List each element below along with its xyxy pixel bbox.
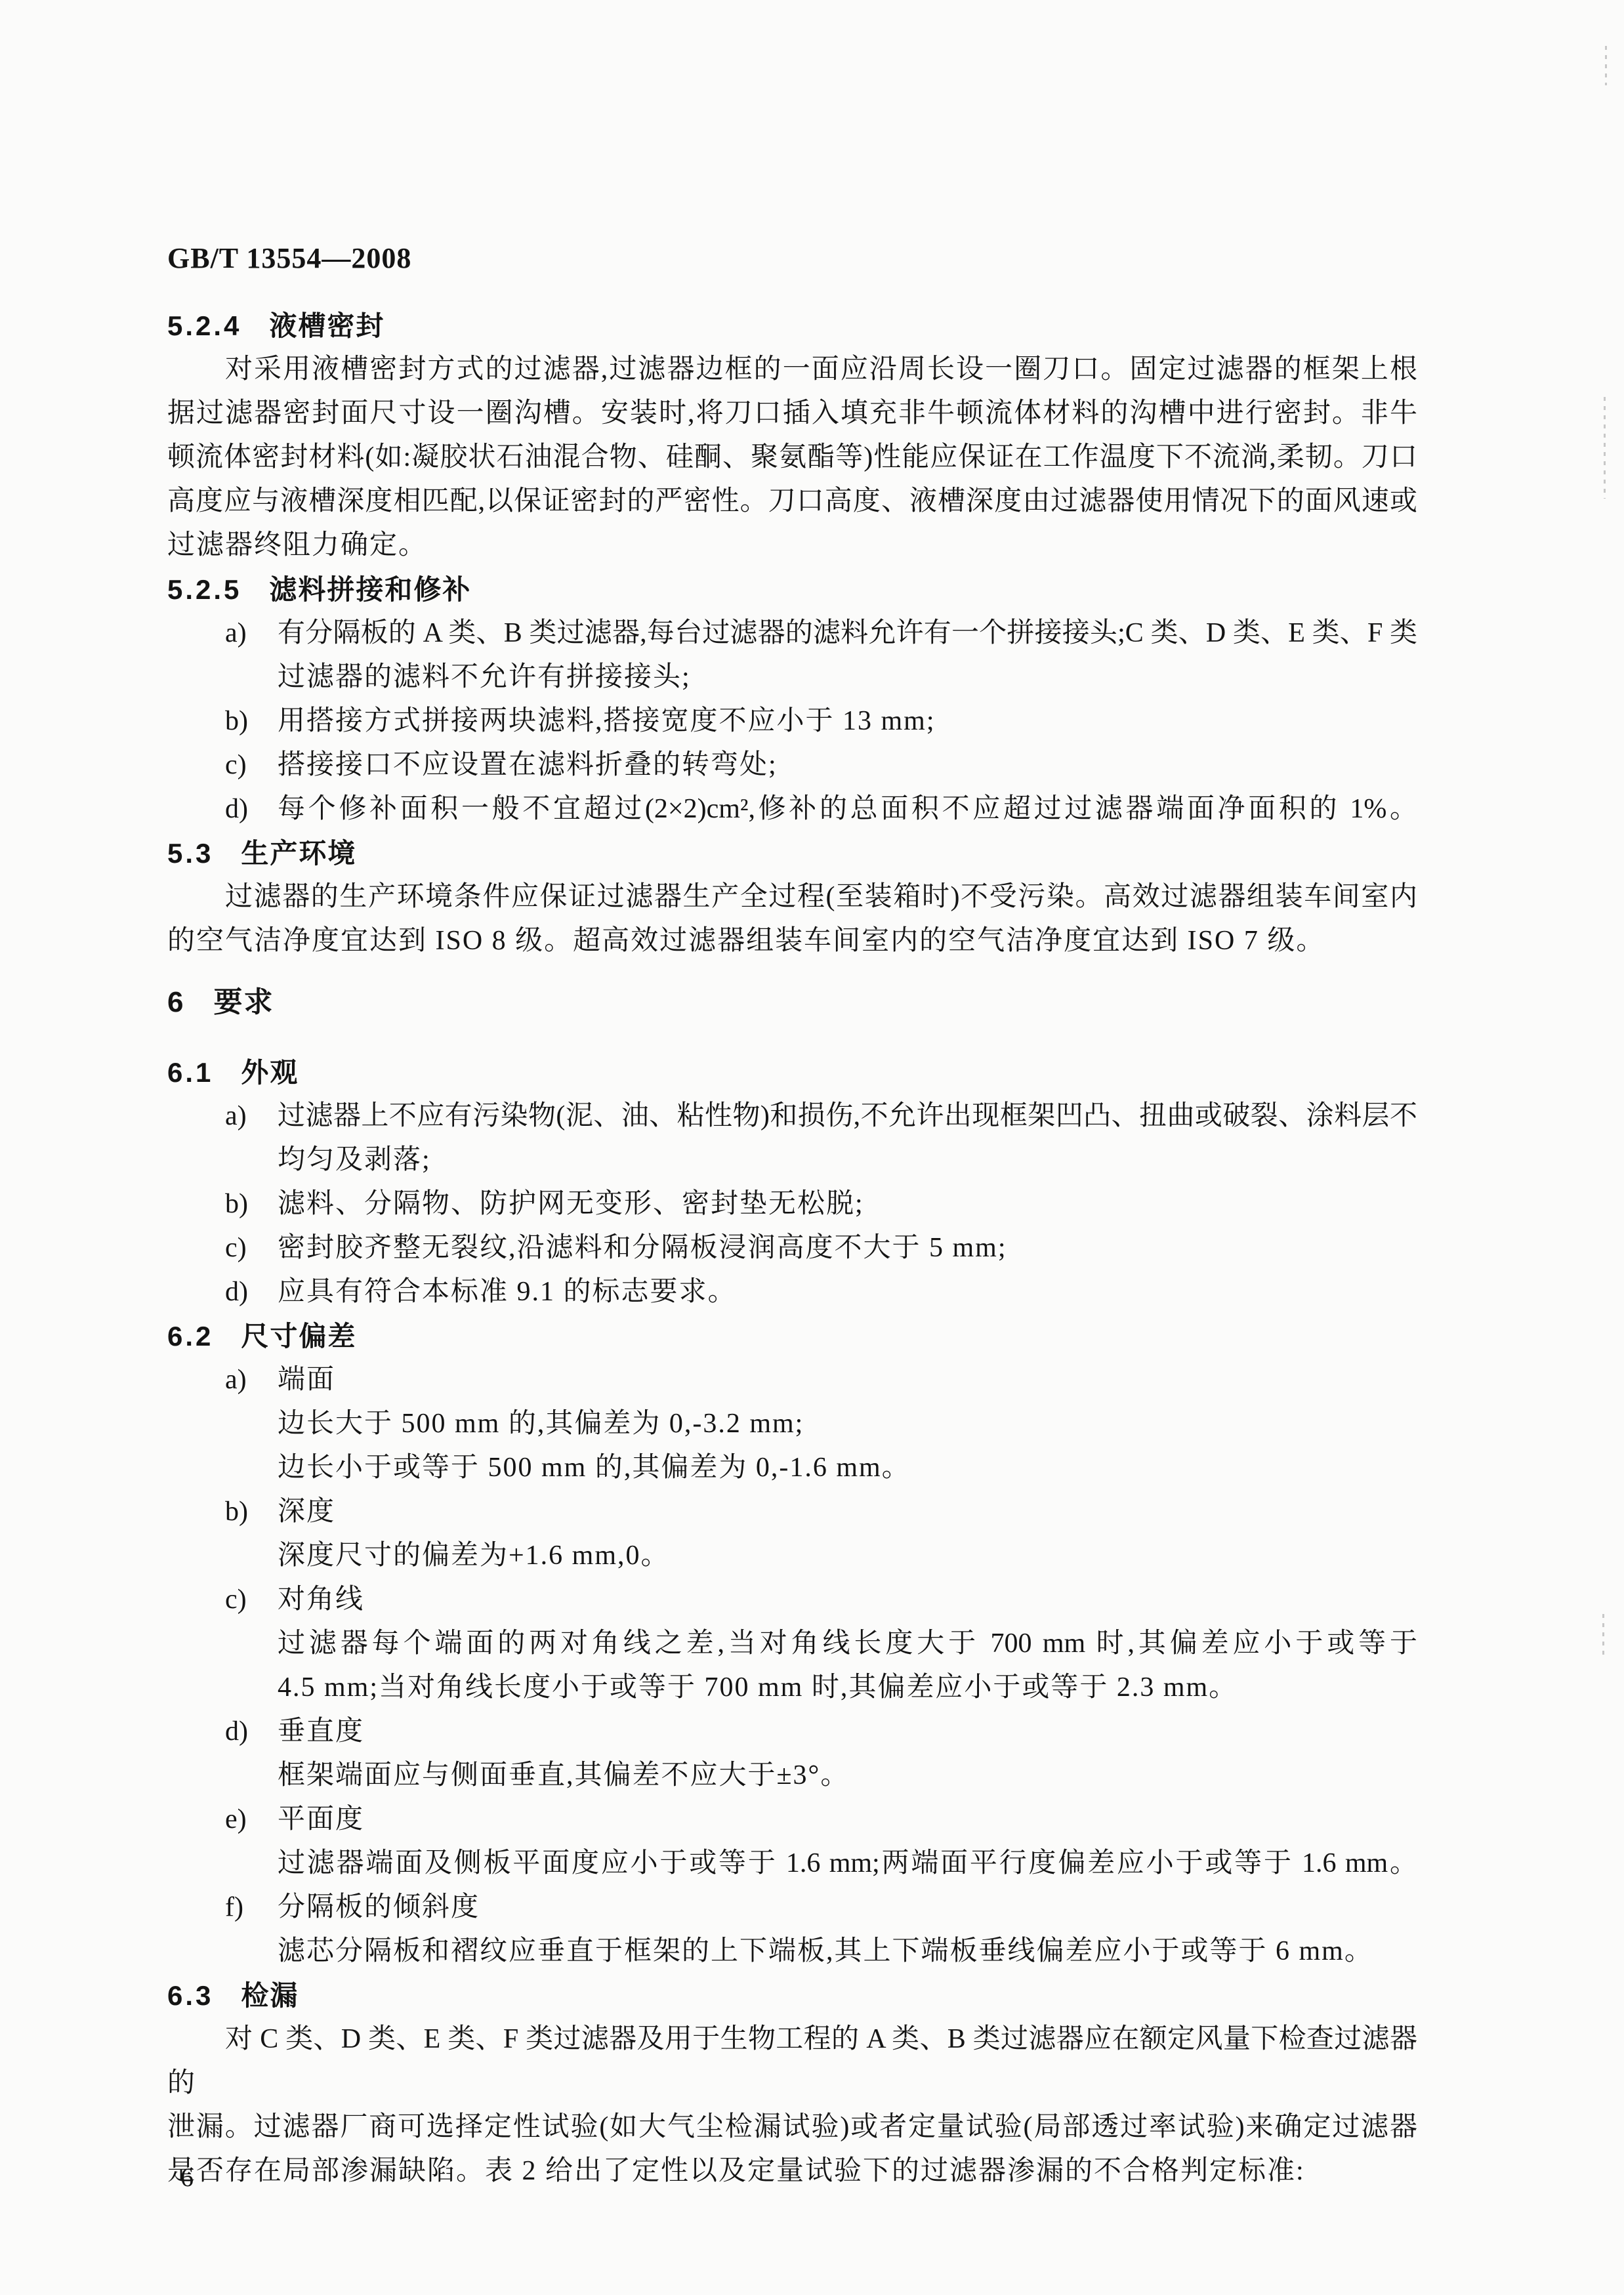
section-title: 生产环境 bbox=[241, 838, 356, 869]
list-item-text: 每个修补面积一般不宜超过(2×2)cm²,修补的总面积不应超过过滤器端面净面积的… bbox=[278, 787, 1417, 831]
list-item-label: c) bbox=[225, 743, 278, 787]
list-item: d) 应具有符合本标准 9.1 的标志要求。 bbox=[167, 1270, 1417, 1314]
paragraph-line: 泄漏。过滤器厂商可选择定性试验(如大气尘检漏试验)或者定量试验(局部透过率试验)… bbox=[167, 2105, 1417, 2149]
list-item-text: 用搭接方式拼接两块滤料,搭接宽度不应小于 13 mm; bbox=[278, 699, 1417, 743]
list-item-title: 端面 bbox=[278, 1358, 1417, 1402]
section-number: 6.2 bbox=[167, 1314, 213, 1358]
list-item-title: 对角线 bbox=[278, 1578, 1417, 1622]
scan-artifact bbox=[1604, 397, 1606, 499]
list-item-label: b) bbox=[225, 1490, 278, 1534]
section-number: 5.2.4 bbox=[167, 304, 241, 348]
paragraph-line: 过滤器的生产环境条件应保证过滤器生产全过程(至装箱时)不受污染。高效过滤器组装车… bbox=[167, 875, 1417, 919]
section-number: 5.3 bbox=[167, 831, 213, 875]
page-number: 6 bbox=[180, 2162, 194, 2193]
chapter-heading-6: 6要求 bbox=[167, 980, 1417, 1024]
list-item: a) 有分隔板的 A 类、B 类过滤器,每台过滤器的滤料允许有一个拼接接头;C … bbox=[167, 611, 1417, 655]
list-item-continuation: 框架端面应与侧面垂直,其偏差不应大于±3°。 bbox=[167, 1754, 1417, 1798]
section-title: 外观 bbox=[241, 1057, 299, 1088]
list-item-title: 平面度 bbox=[278, 1798, 1417, 1842]
section-heading-6-2: 6.2尺寸偏差 bbox=[167, 1314, 1417, 1358]
scan-artifact bbox=[1605, 46, 1607, 85]
paragraph-line: 对采用液槽密封方式的过滤器,过滤器边框的一面应沿周长设一圈刀口。固定过滤器的框架… bbox=[167, 348, 1417, 392]
list-item: f) 分隔板的倾斜度 bbox=[167, 1886, 1417, 1930]
list-item: c) 密封胶齐整无裂纹,沿滤料和分隔板浸润高度不大于 5 mm; bbox=[167, 1226, 1417, 1270]
list-item-continuation: 过滤器每个端面的两对角线之差,当对角线长度大于 700 mm 时,其偏差应小于或… bbox=[167, 1622, 1417, 1666]
list-item-label: d) bbox=[225, 787, 278, 831]
list-item-continuation: 滤芯分隔板和褶纹应垂直于框架的上下端板,其上下端板垂线偏差应小于或等于 6 mm… bbox=[167, 1930, 1417, 1974]
section-title: 检漏 bbox=[241, 1980, 299, 2011]
list-item: c) 对角线 bbox=[167, 1578, 1417, 1622]
list-item-label: d) bbox=[225, 1270, 278, 1314]
section-number: 6.3 bbox=[167, 1974, 213, 2017]
list-item-continuation: 过滤器的滤料不允许有拼接接头; bbox=[167, 655, 1417, 699]
list-item-label: a) bbox=[225, 1358, 278, 1402]
chapter-title: 要求 bbox=[213, 986, 274, 1018]
list-item-continuation: 边长大于 500 mm 的,其偏差为 0,-3.2 mm; bbox=[167, 1402, 1417, 1446]
list-item-label: e) bbox=[225, 1798, 278, 1842]
section-number: 6.1 bbox=[167, 1050, 213, 1094]
list-item: d) 垂直度 bbox=[167, 1710, 1417, 1754]
list-item-label: a) bbox=[225, 611, 278, 655]
paragraph-line: 对 C 类、D 类、E 类、F 类过滤器及用于生物工程的 A 类、B 类过滤器应… bbox=[167, 2017, 1417, 2105]
document-code-header: GB/T 13554—2008 bbox=[167, 236, 1417, 280]
list-item-continuation: 过滤器端面及侧板平面度应小于或等于 1.6 mm;两端面平行度偏差应小于或等于 … bbox=[167, 1842, 1417, 1886]
paragraph-line: 的空气洁净度宜达到 ISO 8 级。超高效过滤器组装车间室内的空气洁净度宜达到 … bbox=[167, 919, 1417, 963]
list-item-label: b) bbox=[225, 699, 278, 743]
section-heading-6-3: 6.3检漏 bbox=[167, 1974, 1417, 2017]
paragraph-line: 是否存在局部渗漏缺陷。表 2 给出了定性以及定量试验下的过滤器渗漏的不合格判定标… bbox=[167, 2149, 1417, 2193]
list-item-label: f) bbox=[225, 1886, 278, 1930]
paragraph-line: 顿流体密封材料(如:凝胶状石油混合物、硅酮、聚氨酯等)性能应保证在工作温度下不流… bbox=[167, 436, 1417, 480]
list-item-label: c) bbox=[225, 1226, 278, 1270]
list-item: a) 端面 bbox=[167, 1358, 1417, 1402]
scanned-document-page: GB/T 13554—2008 5.2.4液槽密封 对采用液槽密封方式的过滤器,… bbox=[0, 0, 1624, 2295]
list-item: c) 搭接接口不应设置在滤料折叠的转弯处; bbox=[167, 743, 1417, 787]
list-item-text: 密封胶齐整无裂纹,沿滤料和分隔板浸润高度不大于 5 mm; bbox=[278, 1226, 1417, 1270]
section-heading-6-1: 6.1外观 bbox=[167, 1050, 1417, 1094]
list-item-continuation: 深度尺寸的偏差为+1.6 mm,0。 bbox=[167, 1534, 1417, 1578]
list-item-label: b) bbox=[225, 1182, 278, 1226]
paragraph-line: 据过滤器密封面尺寸设一圈沟槽。安装时,将刀口插入填充非牛顿流体材料的沟槽中进行密… bbox=[167, 392, 1417, 436]
section-title: 液槽密封 bbox=[269, 310, 385, 341]
list-item-text: 有分隔板的 A 类、B 类过滤器,每台过滤器的滤料允许有一个拼接接头;C 类、D… bbox=[278, 611, 1417, 655]
list-item: b) 滤料、分隔物、防护网无变形、密封垫无松脱; bbox=[167, 1182, 1417, 1226]
list-item: a) 过滤器上不应有污染物(泥、油、粘性物)和损伤,不允许出现框架凹凸、扭曲或破… bbox=[167, 1094, 1417, 1138]
list-item-text: 滤料、分隔物、防护网无变形、密封垫无松脱; bbox=[278, 1182, 1417, 1226]
section-title: 尺寸偏差 bbox=[241, 1321, 356, 1352]
section-heading-5-2-4: 5.2.4液槽密封 bbox=[167, 304, 1417, 348]
chapter-number: 6 bbox=[167, 980, 186, 1024]
list-item-label: a) bbox=[225, 1094, 278, 1138]
list-item-label: c) bbox=[225, 1578, 278, 1622]
list-item-title: 分隔板的倾斜度 bbox=[278, 1886, 1417, 1930]
list-item-continuation: 均匀及剥落; bbox=[167, 1138, 1417, 1182]
text-column: GB/T 13554—2008 5.2.4液槽密封 对采用液槽密封方式的过滤器,… bbox=[167, 236, 1417, 2193]
section-heading-5-3: 5.3生产环境 bbox=[167, 831, 1417, 875]
list-item-text: 过滤器上不应有污染物(泥、油、粘性物)和损伤,不允许出现框架凹凸、扭曲或破裂、涂… bbox=[278, 1094, 1417, 1138]
paragraph-line: 高度应与液槽深度相匹配,以保证密封的严密性。刀口高度、液槽深度由过滤器使用情况下… bbox=[167, 480, 1417, 524]
section-heading-5-2-5: 5.2.5滤料拼接和修补 bbox=[167, 568, 1417, 611]
list-item-continuation: 边长小于或等于 500 mm 的,其偏差为 0,-1.6 mm。 bbox=[167, 1446, 1417, 1490]
list-item: b) 用搭接方式拼接两块滤料,搭接宽度不应小于 13 mm; bbox=[167, 699, 1417, 743]
paragraph-line: 过滤器终阻力确定。 bbox=[167, 524, 1417, 568]
section-number: 5.2.5 bbox=[167, 568, 241, 611]
list-item-label: d) bbox=[225, 1710, 278, 1754]
list-item: b) 深度 bbox=[167, 1490, 1417, 1534]
list-item: d) 每个修补面积一般不宜超过(2×2)cm²,修补的总面积不应超过过滤器端面净… bbox=[167, 787, 1417, 831]
list-item-text: 搭接接口不应设置在滤料折叠的转弯处; bbox=[278, 743, 1417, 787]
scan-artifact bbox=[1602, 1614, 1604, 1660]
section-title: 滤料拼接和修补 bbox=[269, 574, 471, 605]
list-item-continuation: 4.5 mm;当对角线长度小于或等于 700 mm 时,其偏差应小于或等于 2.… bbox=[167, 1666, 1417, 1710]
list-item: e) 平面度 bbox=[167, 1798, 1417, 1842]
list-item-title: 深度 bbox=[278, 1490, 1417, 1534]
list-item-title: 垂直度 bbox=[278, 1710, 1417, 1754]
list-item-text: 应具有符合本标准 9.1 的标志要求。 bbox=[278, 1270, 1417, 1314]
